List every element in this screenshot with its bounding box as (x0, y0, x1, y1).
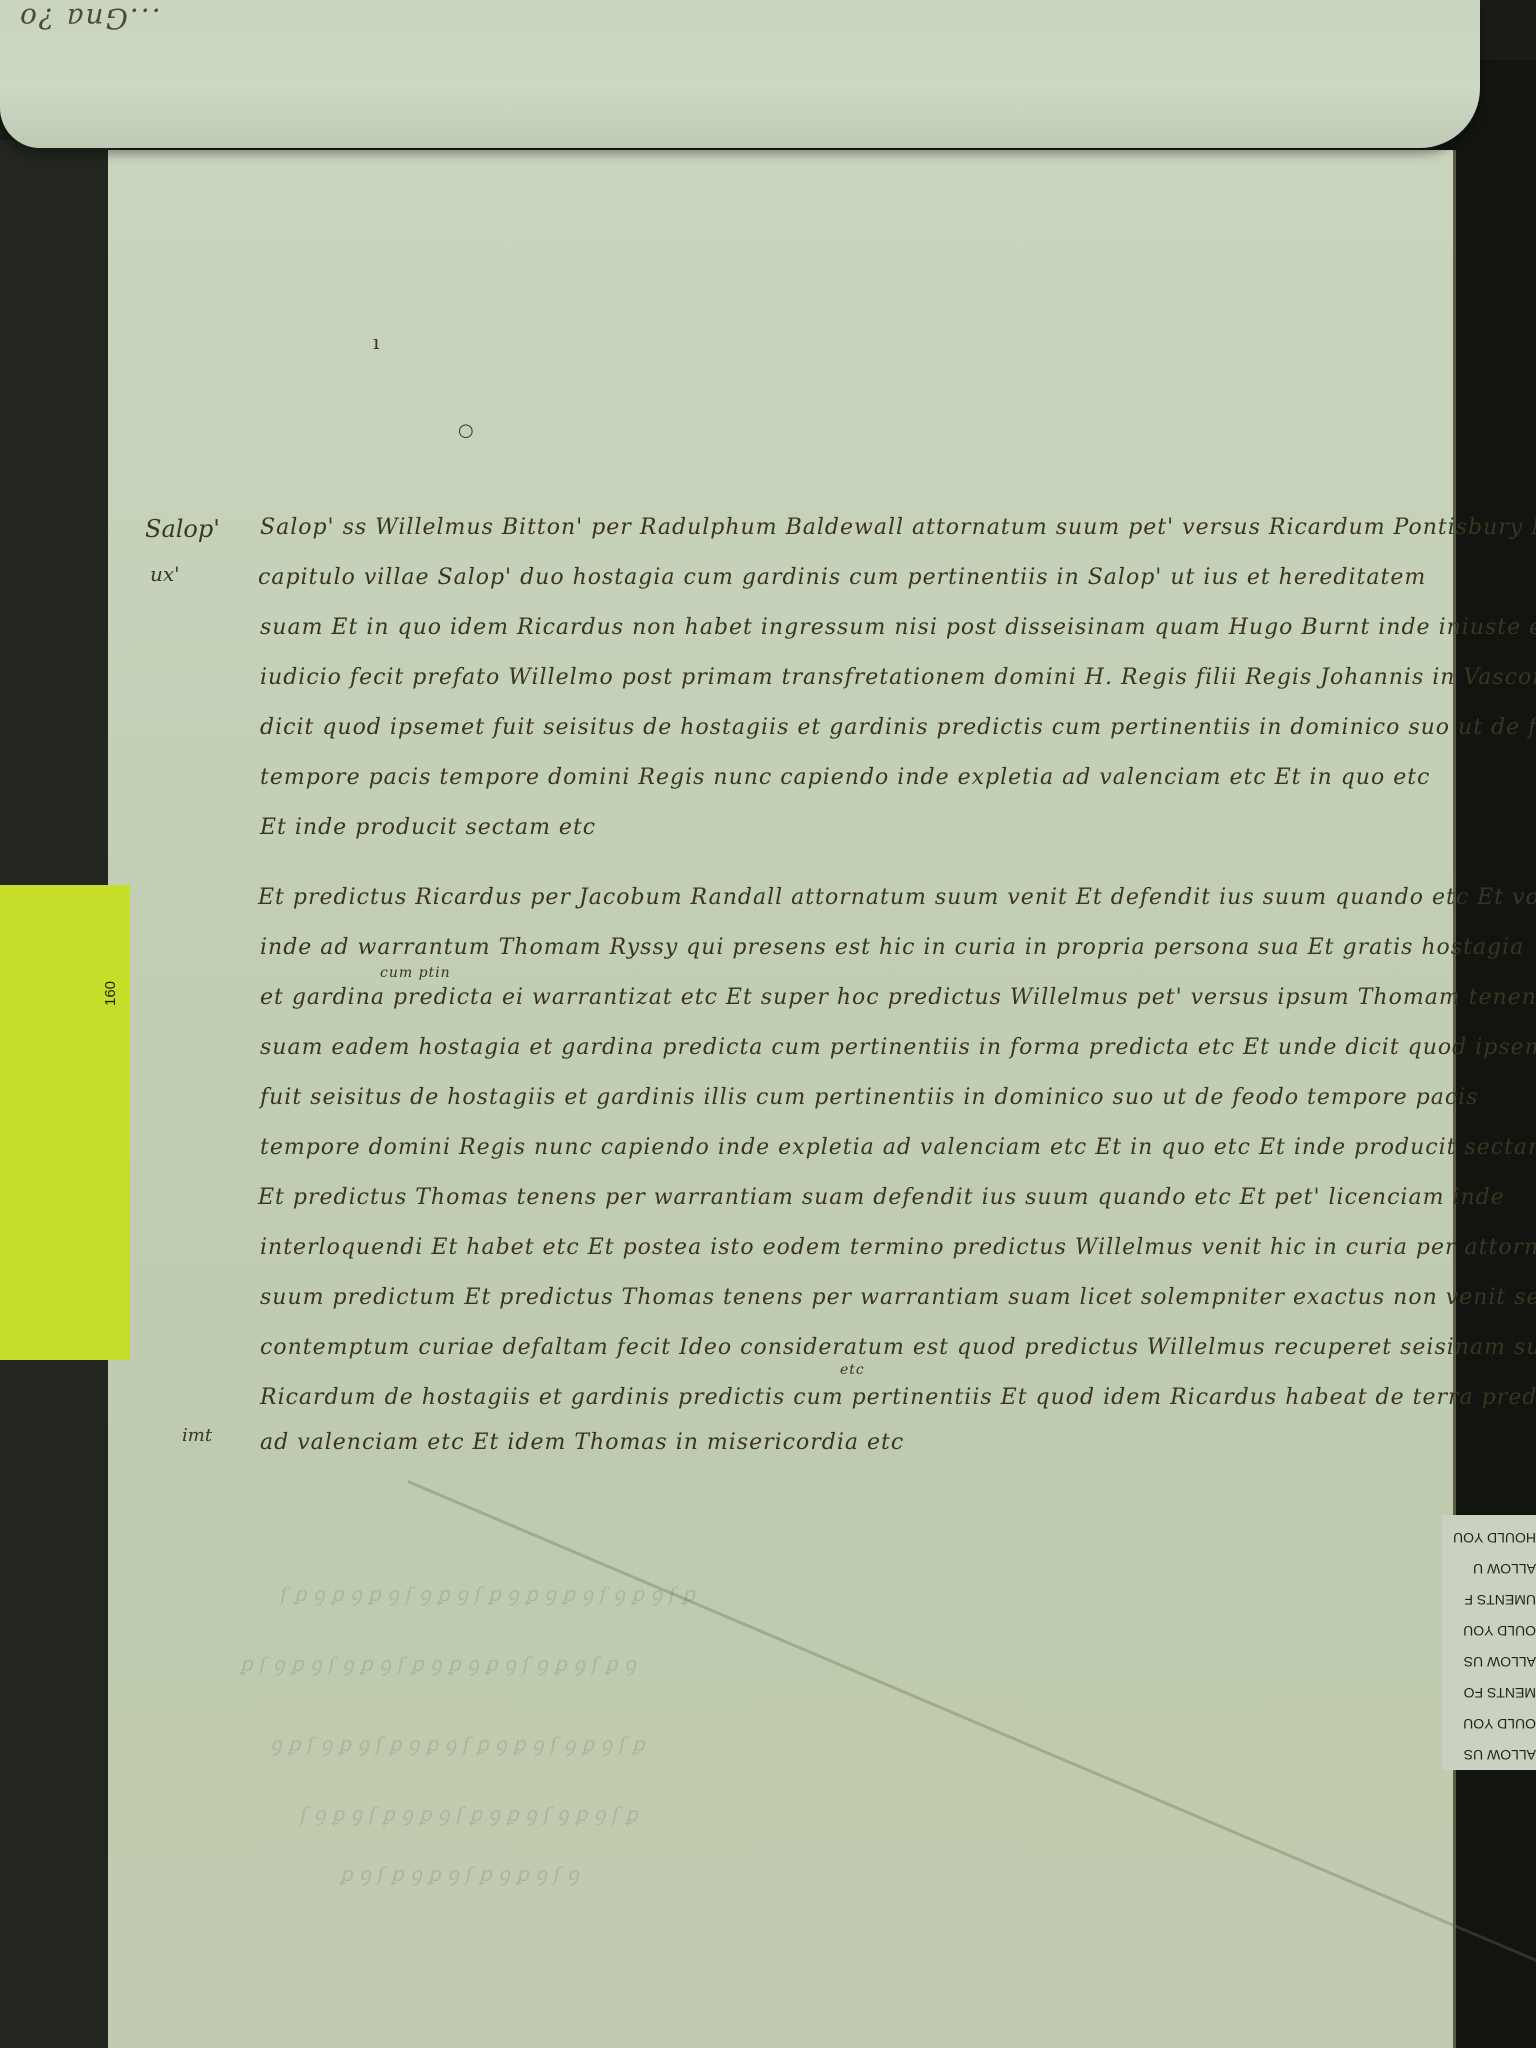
manuscript-line-6: tempore pacis tempore domini Regis nunc … (260, 765, 1430, 790)
county-margin-note: Salop' (145, 515, 220, 543)
interlinear-note: cum ptin (380, 965, 451, 981)
bleed-through-line: ſ ꝯ ꝑ ꝯ ſ ꝑ ꝯ ꝑ ꝯ ſ ꝑ ꝯ ꝑ ꝯ ſ ꝯ ꝑ ꝯ ſ ꝑ (300, 1800, 638, 1827)
side-slip-text: ALLOW US OULD YOU MENTS FO ALLOW US OULD… (1442, 1515, 1536, 1770)
manuscript-line-18: Ricardum de hostagiis et gardinis predic… (260, 1385, 1536, 1410)
label-number-top: 160 (102, 981, 119, 1006)
pen-mark: ○ (458, 420, 474, 441)
top-sheet-text: ...Gna ?o (18, 2, 161, 35)
manuscript-line-13: tempore domini Regis nunc capiendo inde … (260, 1135, 1536, 1160)
bleed-through-line: ſ ꝑ ꝯ ꝑ ꝯ ꝑ ꝯ ſ ꝯ ꝑ ꝯ ſ ꝑ ꝯ ꝑ ꝯ ꝑ ꝯ ſ ꝯ … (280, 1580, 695, 1607)
manuscript-line-5: dicit quod ipsemet fuit seisitus de host… (260, 715, 1536, 740)
manuscript-line-11: suam eadem hostagia et gardina predicta … (260, 1035, 1536, 1060)
manuscript-line-12: fuit seisitus de hostagiis et gardinis i… (260, 1085, 1478, 1110)
manuscript-line-14: Et predictus Thomas tenens per warrantia… (258, 1185, 1505, 1210)
side-margin-note: ux' (150, 562, 180, 586)
manuscript-line-19: ad valenciam etc Et idem Thomas in miser… (260, 1430, 904, 1455)
archive-label-text: 5162528 CP 40/1010 Return by (05/08/2008… (0, 1005, 20, 1465)
manuscript-line-4: iudicio fecit prefato Willelmo post prim… (260, 665, 1536, 690)
bleed-through-line: ꝑ ꝯ ſ ꝑ ꝯ ꝑ ꝯ ſ ꝑ ꝯ ꝑ ꝯ ſ ꝯ (340, 1860, 579, 1887)
manuscript-line-15: interloquendi Et habet etc Et postea ist… (260, 1235, 1536, 1260)
bottom-margin-note: imt (182, 1425, 212, 1446)
interlinear-note-2: etc (840, 1362, 865, 1378)
curled-top-sheet: ...Gna ?o (0, 0, 1480, 148)
manuscript-line-16: suum predictum Et predictus Thomas tenen… (260, 1285, 1536, 1310)
manuscript-line-1: Salop' ss Willelmus Bitton' per Radulphu… (260, 515, 1536, 540)
side-slip: ALLOW US OULD YOU MENTS FO ALLOW US OULD… (1442, 1515, 1536, 1770)
manuscript-line-7: Et inde producit sectam etc (260, 815, 596, 840)
manuscript-line-9: inde ad warrantum Thomam Ryssy qui prese… (260, 935, 1524, 960)
manuscript-line-3: suam Et in quo idem Ricardus non habet i… (260, 615, 1536, 640)
manuscript-line-10: et gardina predicta ei warrantizat etc E… (260, 985, 1536, 1010)
manuscript-line-2: capitulo villae Salop' duo hostagia cum … (258, 565, 1426, 590)
bleed-through-line: ꝑ ſ ꝯ ꝑ ꝯ ſ ꝯ ꝑ ꝯ ſ ꝑ ꝯ ꝑ ꝯ ꝑ ꝯ ſ ꝯ ꝑ ꝯ … (240, 1650, 636, 1677)
manuscript-line-17: contemptum curiae defaltam fecit Ideo co… (260, 1335, 1536, 1360)
manuscript-line-8: Et predictus Ricardus per Jacobum Randal… (258, 885, 1536, 910)
ink-speck: ı (373, 330, 379, 354)
bleed-through-line: ꝯ ꝑ ſ ꝯ ꝑ ꝯ ſ ꝑ ꝯ ꝑ ꝯ ſ ꝑ ꝯ ꝑ ꝯ ſ ꝯ ꝑ ꝯ … (270, 1730, 645, 1757)
